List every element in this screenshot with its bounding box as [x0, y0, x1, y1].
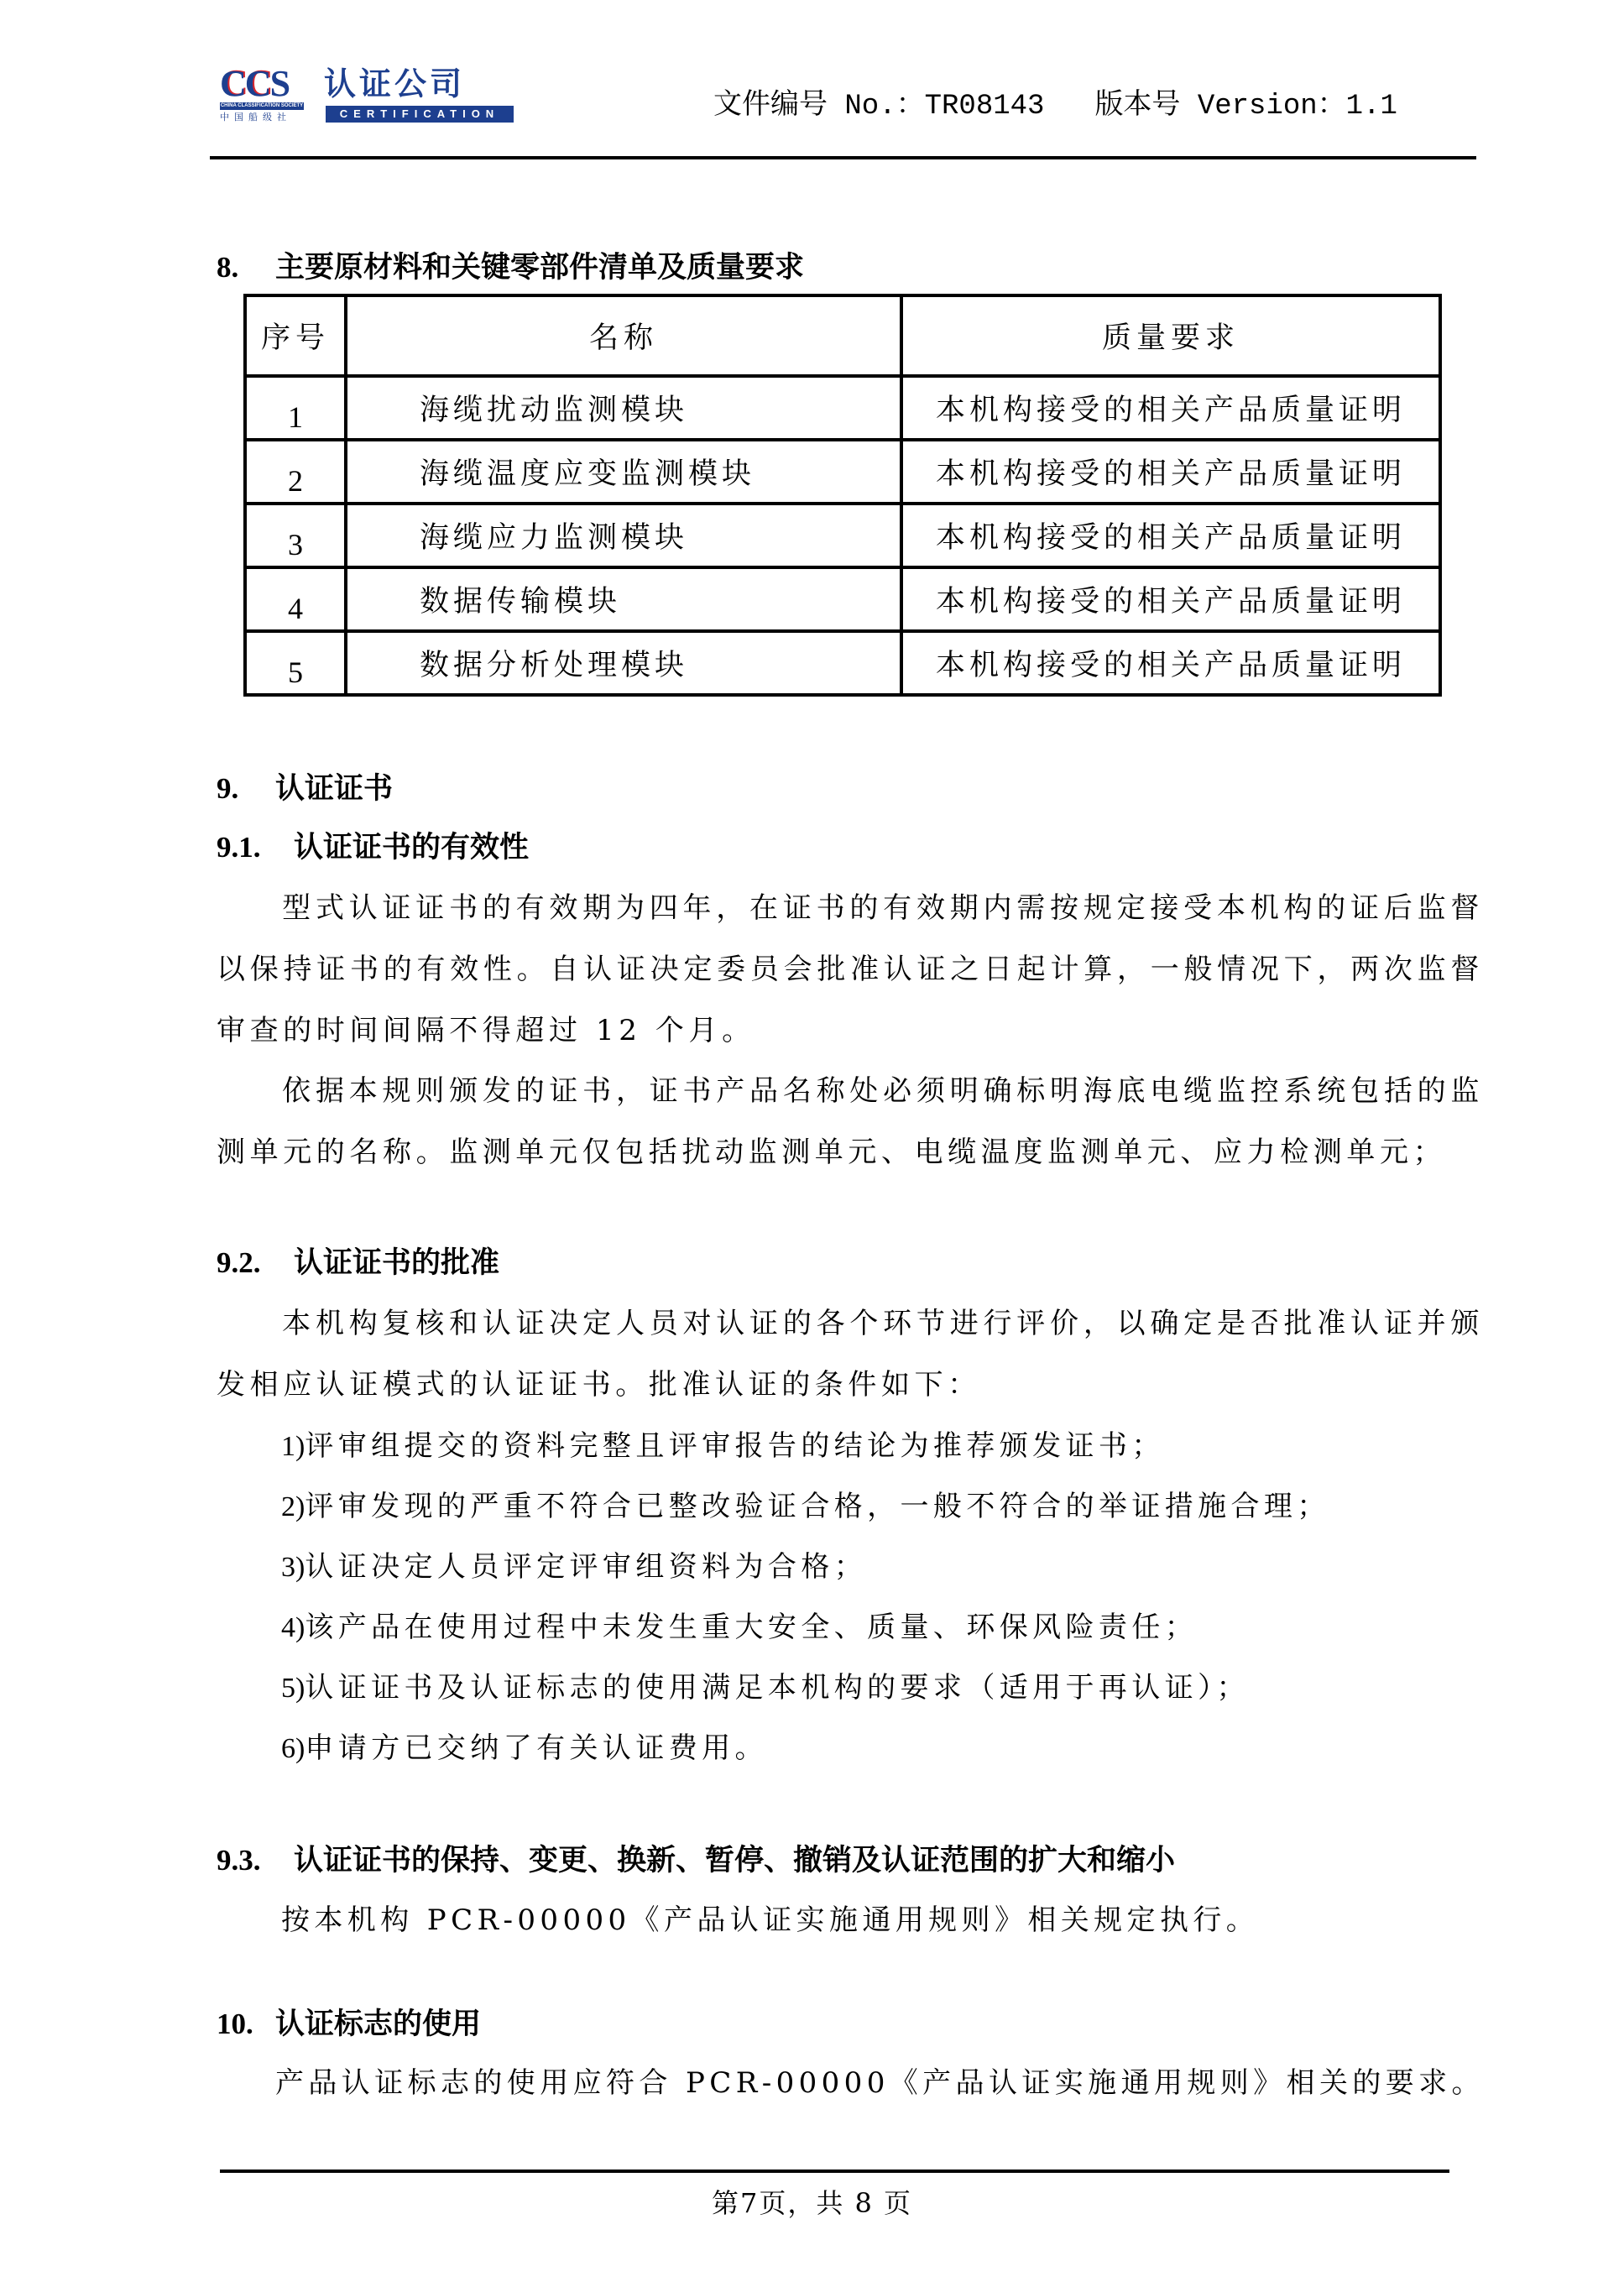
- paragraph-text: 依据本规则颁发的证书，证书产品名称处必须明确标明海底电缆监控系统包括的监测单元的…: [217, 1074, 1484, 1169]
- row-requirement: 本机构接受的相关产品质量证明: [901, 440, 1440, 504]
- section-10-heading: 10.认证标志的使用: [217, 2006, 481, 2043]
- section-title: 主要原材料和关键零部件清单及质量要求: [275, 250, 804, 285]
- logo-society-en: CHINA CLASSIFICATION SOCIETY: [220, 102, 304, 110]
- condition-item: 2)评审发现的严重不符合已整改验证合格，一般不符合的举证措施合理；: [281, 1476, 1330, 1538]
- logo-certification-bar: CERTIFICATION: [326, 106, 514, 123]
- condition-item: 6)申请方已交纳了有关认证费用。: [281, 1718, 768, 1779]
- section-9-3-heading: 9.3.认证证书的保持、变更、换新、暂停、撤销及认证范围的扩大和缩小: [217, 1842, 1175, 1879]
- section-number: 10.: [217, 2006, 275, 2043]
- condition-number: 5): [281, 1673, 305, 1704]
- table-row: 3 海缆应力监测模块 本机构接受的相关产品质量证明: [245, 504, 1440, 567]
- section-number: 9.3.: [217, 1842, 294, 1879]
- condition-number: 1): [281, 1431, 305, 1462]
- logo-ccs-mark: CCS: [220, 67, 289, 101]
- row-name: 数据分析处理模块: [346, 631, 901, 695]
- table-row: 2 海缆温度应变监测模块 本机构接受的相关产品质量证明: [245, 440, 1440, 504]
- paragraph-mark-usage: 产品认证标志的使用应符合 PCR-00000《产品认证实施通用规则》相关的要求。: [275, 2053, 1485, 2113]
- paragraph-certificate-validity: 型式认证证书的有效期为四年，在证书的有效期内需按规定接受本机构的证后监督以保持证…: [217, 878, 1484, 1062]
- condition-number: 4): [281, 1612, 305, 1643]
- paragraph-text: 按本机构 PCR-00000《产品认证实施通用规则》相关规定执行。: [281, 1903, 1259, 1937]
- ccs-certification-logo: CCS CHINA CLASSIFICATION SOCIETY 中国船级社 认…: [220, 67, 514, 128]
- header-divider: [210, 156, 1476, 159]
- row-number: 1: [245, 376, 346, 440]
- paragraph-text: 本机构复核和认证决定人员对认证的各个环节进行评价，以确定是否批准认证并颁发相应认…: [217, 1307, 1484, 1402]
- section-title: 认证标志的使用: [275, 2007, 481, 2041]
- condition-text: 认证证书及认证标志的使用满足本机构的要求（适用于再认证）；: [305, 1671, 1250, 1705]
- condition-item: 3)认证决定人员评定评审组资料为合格；: [281, 1537, 867, 1598]
- page-number: 第7页，共 8 页: [0, 2186, 1624, 2220]
- row-number: 3: [245, 504, 346, 567]
- condition-item: 5)认证证书及认证标志的使用满足本机构的要求（适用于再认证）；: [281, 1658, 1250, 1719]
- table-row: 5 数据分析处理模块 本机构接受的相关产品质量证明: [245, 631, 1440, 695]
- paragraph-maintenance: 按本机构 PCR-00000《产品认证实施通用规则》相关规定执行。: [281, 1890, 1259, 1950]
- section-title: 认证证书: [275, 771, 393, 806]
- row-requirement: 本机构接受的相关产品质量证明: [901, 631, 1440, 695]
- row-requirement: 本机构接受的相关产品质量证明: [901, 567, 1440, 631]
- section-number: 8.: [217, 249, 275, 286]
- column-header-no: 序号: [245, 295, 346, 376]
- condition-item: 1)评审组提交的资料完整且评审报告的结论为推荐颁发证书；: [281, 1416, 1165, 1477]
- condition-text: 该产品在使用过程中未发生重大安全、质量、环保风险责任；: [305, 1611, 1198, 1644]
- section-9-heading: 9.认证证书: [217, 770, 393, 807]
- condition-item: 4)该产品在使用过程中未发生重大安全、质量、环保风险责任；: [281, 1597, 1198, 1658]
- section-number: 9.: [217, 770, 275, 807]
- column-header-requirement: 质量要求: [901, 295, 1440, 376]
- paragraph-approval-intro: 本机构复核和认证决定人员对认证的各个环节进行评价，以确定是否批准认证并颁发相应认…: [217, 1293, 1484, 1416]
- condition-number: 6): [281, 1733, 305, 1764]
- paragraph-text: 产品认证标志的使用应符合 PCR-00000《产品认证实施通用规则》相关的要求。: [275, 2066, 1485, 2100]
- row-requirement: 本机构接受的相关产品质量证明: [901, 376, 1440, 440]
- row-name: 海缆应力监测模块: [346, 504, 901, 567]
- section-number: 9.1.: [217, 829, 294, 866]
- table-row: 4 数据传输模块 本机构接受的相关产品质量证明: [245, 567, 1440, 631]
- row-name: 数据传输模块: [346, 567, 901, 631]
- row-requirement: 本机构接受的相关产品质量证明: [901, 504, 1440, 567]
- condition-number: 3): [281, 1552, 305, 1583]
- section-9-2-heading: 9.2.认证证书的批准: [217, 1245, 499, 1282]
- paragraph-certificate-naming: 依据本规则颁发的证书，证书产品名称处必须明确标明海底电缆监控系统包括的监测单元的…: [217, 1061, 1484, 1183]
- column-header-name: 名称: [346, 295, 901, 376]
- logo-company-cn: 认证公司: [324, 65, 465, 102]
- section-8-heading: 8.主要原材料和关键零部件清单及质量要求: [217, 249, 804, 286]
- table-header-row: 序号 名称 质量要求: [245, 295, 1440, 376]
- document-meta: 文件编号 No.：TR08143版本号 Version：1.1: [713, 88, 1410, 125]
- row-name: 海缆温度应变监测模块: [346, 440, 901, 504]
- section-number: 9.2.: [217, 1245, 294, 1282]
- section-9-1-heading: 9.1.认证证书的有效性: [217, 829, 529, 866]
- row-number: 4: [245, 567, 346, 631]
- row-name: 海缆扰动监测模块: [346, 376, 901, 440]
- section-title: 认证证书的有效性: [294, 830, 529, 864]
- condition-text: 申请方已交纳了有关认证费用。: [305, 1731, 768, 1765]
- materials-table: 序号 名称 质量要求 1 海缆扰动监测模块 本机构接受的相关产品质量证明 2 海…: [243, 294, 1442, 697]
- condition-text: 评审组提交的资料完整且评审报告的结论为推荐颁发证书；: [305, 1429, 1164, 1463]
- row-number: 2: [245, 440, 346, 504]
- section-title: 认证证书的保持、变更、换新、暂停、撤销及认证范围的扩大和缩小: [294, 1843, 1175, 1877]
- condition-text: 评审发现的严重不符合已整改验证合格，一般不符合的举证措施合理；: [305, 1490, 1329, 1523]
- row-number: 5: [245, 631, 346, 695]
- condition-number: 2): [281, 1491, 305, 1522]
- condition-text: 认证决定人员评定评审组资料为合格；: [305, 1550, 867, 1584]
- logo-society-cn: 中国船级社: [220, 112, 304, 123]
- paragraph-text: 型式认证证书的有效期为四年，在证书的有效期内需按规定接受本机构的证后监督以保持证…: [217, 891, 1484, 1047]
- document-version: 版本号 Version：1.1: [1094, 91, 1397, 123]
- document-number: 文件编号 No.：TR08143: [713, 91, 1044, 123]
- table-row: 1 海缆扰动监测模块 本机构接受的相关产品质量证明: [245, 376, 1440, 440]
- section-title: 认证证书的批准: [294, 1245, 499, 1280]
- footer-divider: [220, 2170, 1449, 2173]
